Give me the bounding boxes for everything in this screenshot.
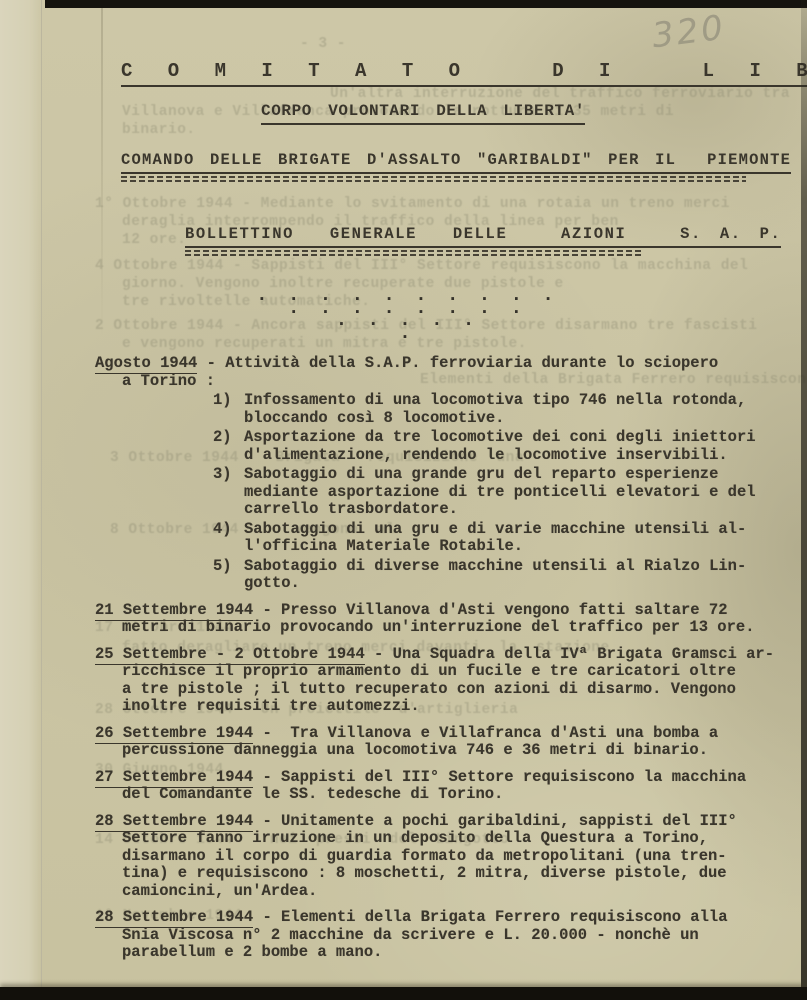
list-item-text: Sabotaggio di una grande gru del reparto…: [244, 466, 756, 519]
list-item-number: 1): [213, 392, 244, 427]
list-item-number: 5): [213, 558, 244, 593]
entry-text-line: disarmano il corpo di guardia formato da…: [95, 848, 763, 866]
scan-edge-right: [801, 0, 807, 1000]
bulletin-entry: 27 Settembre 1944 - Sappisti del III° Se…: [95, 769, 763, 804]
bulletin-entry: 28 Settembre 1944 - Unitamente a pochi g…: [95, 813, 763, 901]
list-item-line: mediante asportazione di tre ponticelli …: [244, 484, 756, 502]
list-item-number: 3): [213, 466, 244, 519]
entry-text-line: inoltre requisiti tre automezzi.: [95, 698, 763, 716]
entry-first-line: 26 Settembre 1944 - Tra Villanova e Vill…: [95, 725, 763, 743]
entry-list-item: 1)Infossamento di una locomotiva tipo 74…: [95, 392, 763, 427]
bulletin-entry: Agosto 1944 - Attività della S.A.P. ferr…: [95, 355, 763, 593]
bulletin-entry: 28 Settembre 1944 - Elementi della Briga…: [95, 909, 763, 962]
dot-row: .: [105, 327, 705, 340]
double-rule: [121, 176, 746, 183]
dots-ornament: . . . . . . . . . .. . . . . . . .. . . …: [105, 289, 705, 339]
entry-text-line: camioncini, un'Ardea.: [95, 883, 763, 901]
entry-date: 28 Settembre 1944: [95, 908, 253, 928]
list-item-line: bloccando così 8 locomotive.: [244, 410, 746, 428]
entry-first-line: Agosto 1944 - Attività della S.A.P. ferr…: [95, 355, 763, 373]
list-item-line: Sabotaggio di una gru e di varie macchin…: [244, 521, 746, 539]
entry-text-line: a tre pistole ; il tutto recuperato con …: [95, 681, 763, 699]
entry-text-line: a Torino :: [95, 373, 763, 391]
org-title: C O M I T A T O D I L I B E R A Z I O N …: [121, 60, 807, 87]
entry-text-line: Snia Viscosa n° 2 macchine da scrivere e…: [95, 927, 763, 945]
entry-text-line: del Comandante le SS. tedesche di Torino…: [95, 786, 763, 804]
list-item-line: Sabotaggio di una grande gru del reparto…: [244, 466, 756, 484]
scan-edge-top: [45, 0, 807, 8]
entry-text-line: percussione danneggia una locomotiva 746…: [95, 742, 763, 760]
scan-edge-bottom: [0, 987, 807, 1000]
entry-date: Agosto 1944: [95, 354, 197, 374]
typewritten-content: C O M I T A T O D I L I B E R A Z I O N …: [95, 0, 763, 971]
entry-text-line: metri di binario provocando un'interruzi…: [95, 619, 763, 637]
list-item-line: l'officina Materiale Rotabile.: [244, 538, 746, 556]
document-page: - 3 -Un'altra interruzione del traffico …: [0, 0, 807, 1000]
bulletin-title: BOLLETTINO GENERALE DELLE AZIONI S. A. P…: [185, 225, 781, 248]
subtitle-corpo-volontari: CORPO VOLONTARI DELLA LIBERTA': [261, 102, 585, 125]
list-item-text: Sabotaggio di una gru e di varie macchin…: [244, 521, 746, 556]
list-item-line: Infossamento di una locomotiva tipo 746 …: [244, 392, 746, 410]
entry-list-item: 3)Sabotaggio di una grande gru del repar…: [95, 466, 763, 519]
list-item-line: Asportazione da tre locomotive dei coni …: [244, 429, 756, 447]
list-item-number: 4): [213, 521, 244, 556]
entry-first-line: 21 Settembre 1944 - Presso Villanova d'A…: [95, 602, 763, 620]
list-item-text: Asportazione da tre locomotive dei coni …: [244, 429, 756, 464]
entry-text-line: ricchisce il proprio armamento di un fuc…: [95, 663, 763, 681]
entry-text-line: tina) e requisiscono : 8 moschetti, 2 mi…: [95, 865, 763, 883]
list-item-line: Sabotaggio di diverse macchine utensili …: [244, 558, 746, 576]
bulletin-entry: 25 Settembre - 2 Ottobre 1944 - Una Squa…: [95, 646, 763, 716]
entry-first-line: 28 Settembre 1944 - Elementi della Briga…: [95, 909, 763, 927]
entry-first-line: 25 Settembre - 2 Ottobre 1944 - Una Squa…: [95, 646, 763, 664]
list-item-line: d'alimentazione, rendendo le locomotive …: [244, 447, 756, 465]
bulletin-entry: 26 Settembre 1944 - Tra Villanova e Vill…: [95, 725, 763, 760]
bulletin-entry: 21 Settembre 1944 - Presso Villanova d'A…: [95, 602, 763, 637]
command-title: COMANDO DELLE BRIGATE D'ASSALTO "GARIBAL…: [121, 151, 791, 174]
list-item-line: gotto.: [244, 575, 746, 593]
entry-text-line: parabellum e 2 bombe a mano.: [95, 944, 763, 962]
paper-left-edge: [0, 0, 42, 1000]
entry-list-item: 5)Sabotaggio di diverse macchine utensil…: [95, 558, 763, 593]
entries-list: Agosto 1944 - Attività della S.A.P. ferr…: [95, 355, 763, 962]
entry-first-line: 27 Settembre 1944 - Sappisti del III° Se…: [95, 769, 763, 787]
entry-list-item: 2)Asportazione da tre locomotive dei con…: [95, 429, 763, 464]
entry-list-item: 4)Sabotaggio di una gru e di varie macch…: [95, 521, 763, 556]
entry-text-line: Settore fanno irruzione in un deposito d…: [95, 830, 763, 848]
list-item-line: carrello trasbordatore.: [244, 501, 756, 519]
double-rule: [185, 250, 641, 257]
list-item-text: Infossamento di una locomotiva tipo 746 …: [244, 392, 746, 427]
entry-first-line: 28 Settembre 1944 - Unitamente a pochi g…: [95, 813, 763, 831]
list-item-text: Sabotaggio di diverse macchine utensili …: [244, 558, 746, 593]
list-item-number: 2): [213, 429, 244, 464]
